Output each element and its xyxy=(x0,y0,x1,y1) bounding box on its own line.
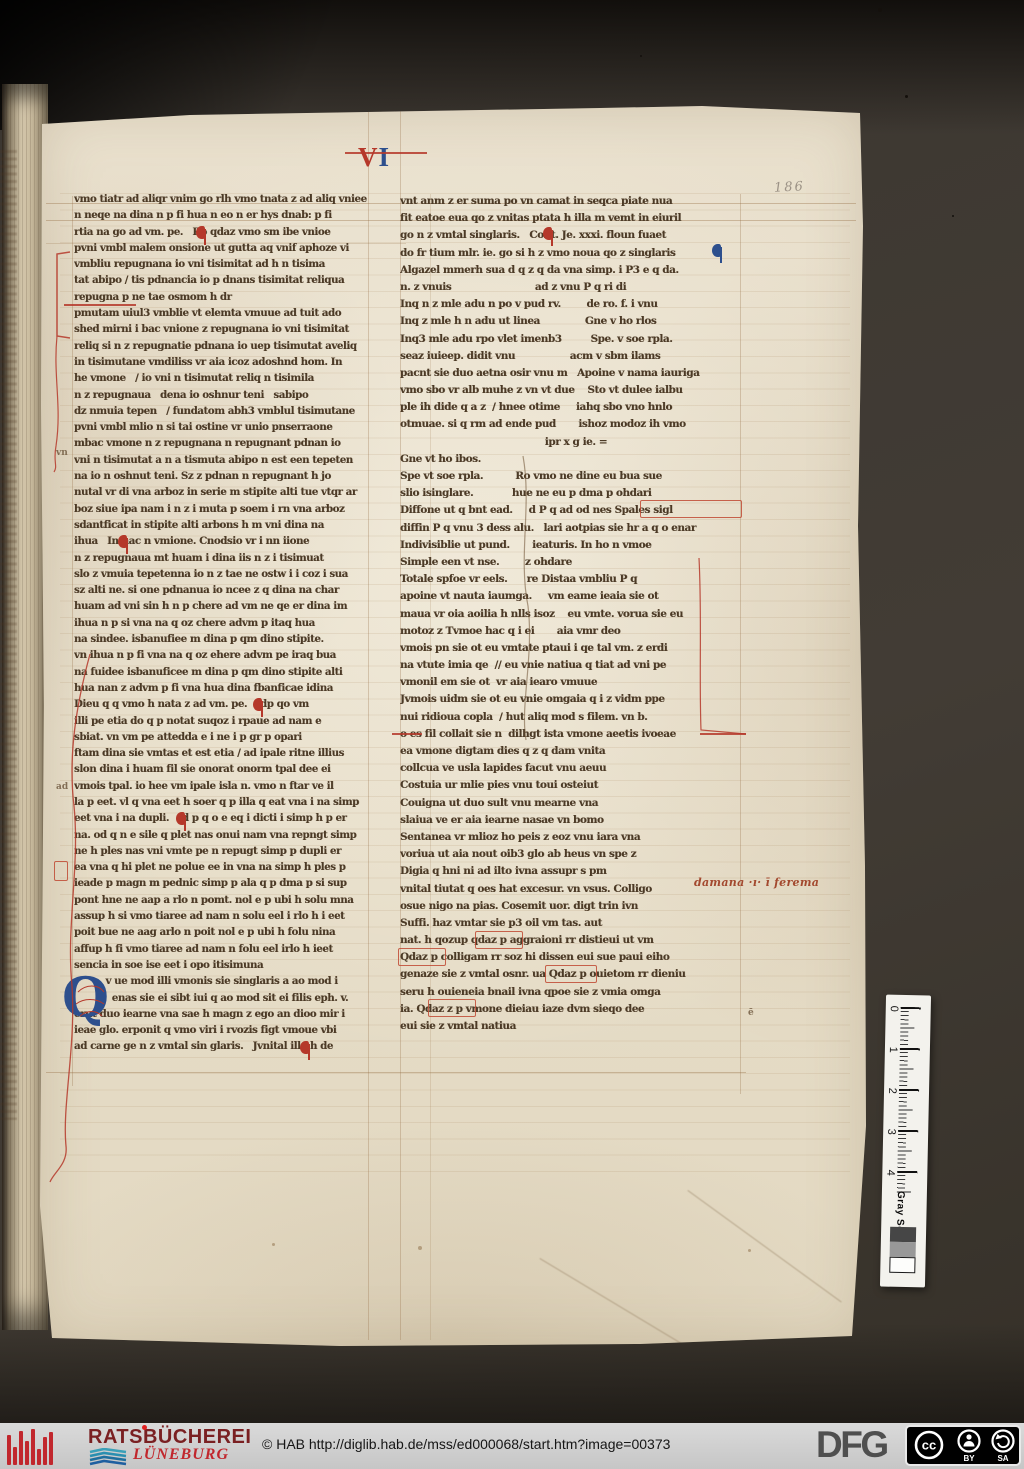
stain-spot xyxy=(418,1246,422,1250)
stain-spot xyxy=(748,1249,751,1252)
footer-bar: RATSBÜCHEREI LÜNEBURG © HAB http://digli… xyxy=(0,1423,1024,1469)
cc-license-badge[interactable]: cc BY SA xyxy=(905,1425,1021,1466)
stain-spot xyxy=(560,905,563,908)
stain-spot xyxy=(272,1243,275,1246)
ink-divider-stroke xyxy=(523,456,530,740)
dust-speck xyxy=(878,8,882,12)
margin-gloss: ad xyxy=(56,782,68,792)
ruler-digit: 4 xyxy=(884,1167,896,1179)
sa-label: SA xyxy=(997,1454,1008,1463)
facing-page-text-edge xyxy=(0,150,17,1120)
sa-arrow-icon xyxy=(993,1431,1014,1452)
gray-patch-dark xyxy=(890,1227,916,1243)
cc-logo-text: cc xyxy=(922,1438,936,1453)
library-name-accent-dot xyxy=(142,1425,147,1430)
library-city: LÜNEBURG xyxy=(133,1446,229,1464)
ruler-digit: 0 xyxy=(888,1003,900,1015)
by-person-icon xyxy=(959,1431,980,1452)
dust-speck xyxy=(640,55,642,57)
gray-scale-card: 01234 Gray Scale xyxy=(880,995,931,1288)
wave-icon xyxy=(88,1448,130,1466)
dfg-logo: DFG xyxy=(816,1424,887,1466)
gray-patch-white xyxy=(889,1257,915,1274)
ruler-ticks xyxy=(897,1007,923,1193)
ruler-digit: 2 xyxy=(886,1085,898,1097)
dust-speck xyxy=(905,95,908,98)
by-label: BY xyxy=(963,1454,975,1463)
ruler-digit: 3 xyxy=(885,1126,897,1138)
photo-backdrop: VI 186 vmo tiatr ad aliqr vnim go rlh vm… xyxy=(0,0,1024,1469)
marginal-note-red: damana ·ı· ī ferema xyxy=(694,876,819,889)
gray-patch-mid xyxy=(890,1242,916,1258)
backdrop-corner-shadow xyxy=(0,0,380,130)
dust-speck xyxy=(952,215,954,217)
margin-gloss: ē xyxy=(748,1008,754,1018)
cc-by-sa-icons: cc BY SA xyxy=(907,1427,1019,1464)
margin-pen-strokes xyxy=(40,106,866,1346)
margin-gloss: vn xyxy=(56,448,68,458)
image-credit-url[interactable]: © HAB http://diglib.hab.de/mss/ed000068/… xyxy=(262,1436,670,1452)
ruler-digit: 1 xyxy=(887,1044,899,1056)
manuscript-page: VI 186 vmo tiatr ad aliqr vnim go rlh vm… xyxy=(40,106,866,1346)
library-bars-icon xyxy=(7,1427,63,1465)
ruler-major-ticks xyxy=(897,1007,921,1193)
